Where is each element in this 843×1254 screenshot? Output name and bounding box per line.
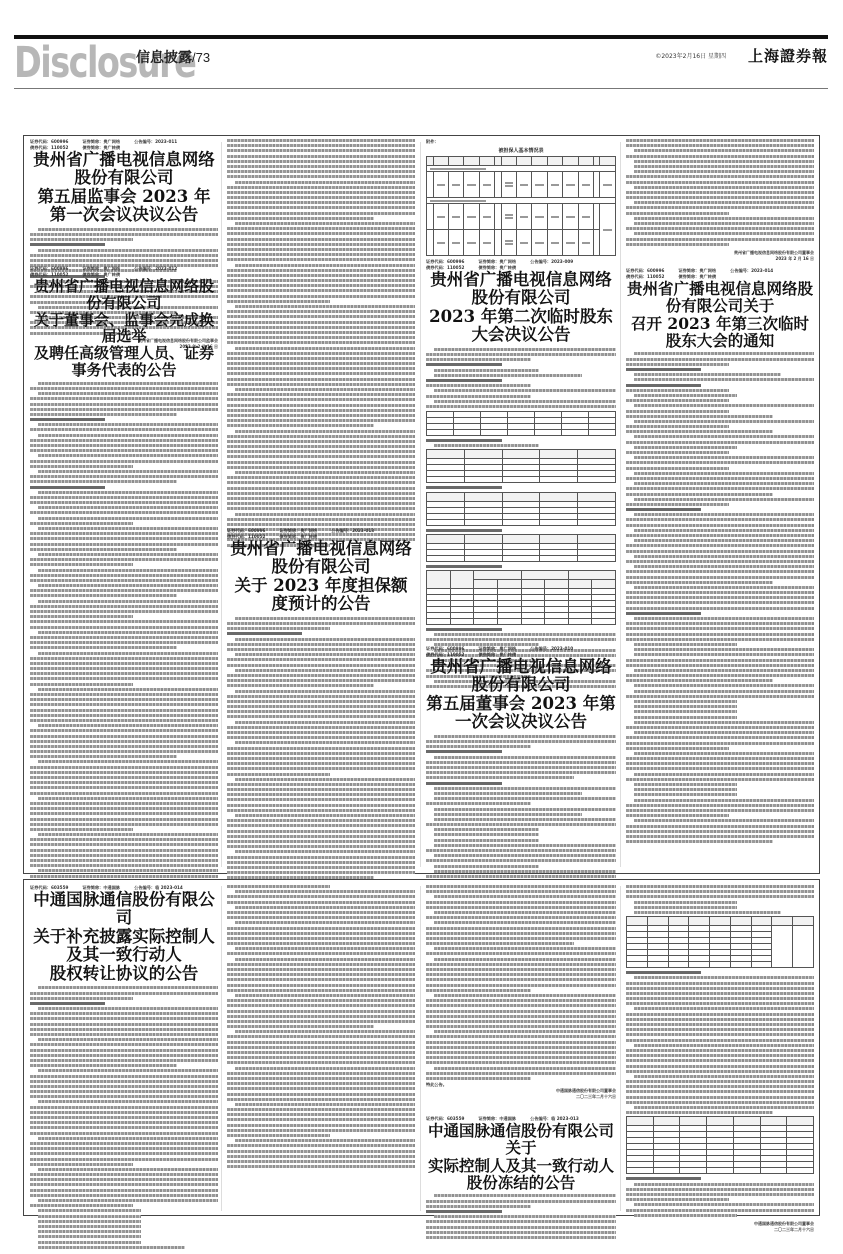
notice-number: 公告编号：2023-012 xyxy=(134,266,177,272)
article-equity-transfer-cont xyxy=(227,885,415,1170)
guarantee-table xyxy=(426,156,616,256)
article-body xyxy=(426,439,616,447)
article-title: 中通国脉通信股份有限公司 关于补充披露实际控制人及其一致行动人 股权转让协议的公… xyxy=(30,891,218,983)
notice-number: 公告编号：2023-014 xyxy=(730,268,773,274)
dateline: ©2023年2月16日 星期四 xyxy=(655,51,726,60)
page-number: /73 xyxy=(192,50,210,65)
notice-number: 公告编号：2023-011 xyxy=(134,139,177,145)
article-body xyxy=(426,348,616,408)
article-body xyxy=(626,885,814,914)
article-share-freeze-cont: 中通国脉通信股份有限公司董事会 二〇二三年二月十六日 xyxy=(626,885,814,1233)
announcement-box-ztgm: 证券代码：603559证券简称：中通国脉公告编号：临 2023-014 中通国脉… xyxy=(23,879,820,1216)
notice-number: 公告编号：2023-010 xyxy=(530,646,573,652)
announcement-box-gdgd: 证券代码：600996证券简称：贵广网络公告编号：2023-011 债券代码：1… xyxy=(23,135,820,874)
article-title: 贵州省广播电视信息网络股份有限公司 第五届董事会 2023 年第一次会议决议公告 xyxy=(426,658,616,732)
vote-results-table xyxy=(426,492,616,526)
article-body xyxy=(227,885,415,1168)
article-signoff: 贵州省广播电视信息网络股份有限公司董事会 2023 年 2 月 16 日 xyxy=(626,250,814,262)
article-share-freeze: 证券代码：603559证券简称：中通国脉公告编号：临 2023-013 中通国脉… xyxy=(426,1116,616,1241)
article-body xyxy=(426,885,616,1080)
article-body xyxy=(426,1194,616,1239)
article-egm-notice-continuation: 贵州省广播电视信息网络股份有限公司董事会 2023 年 2 月 16 日 xyxy=(626,139,814,262)
article-egm-notice: 证券代码：600996证券简称：贵广网络公告编号：2023-014 债券代码：1… xyxy=(626,268,814,845)
title-line: 第五届监事会 2023 年第一次会议决议公告 xyxy=(30,188,218,225)
masthead: Disclosure 信息披露/73 ©2023年2月16日 星期四 上海證券報 xyxy=(14,41,828,87)
section-name: 信息披露 xyxy=(136,50,192,66)
article-egm-resolution: 附件： 被担保人基本情况表 证券代码：600996证券简称：贵广网络公告编号：2… xyxy=(426,139,616,690)
article-body xyxy=(626,971,814,1114)
vote-results-table xyxy=(426,534,616,562)
vote-results-table xyxy=(426,570,616,625)
column-divider xyxy=(221,142,222,867)
column-divider xyxy=(620,886,621,1211)
article-title: 贵州省广播电视信息网络股份有限公司 第五届监事会 2023 年第一次会议决议公告 xyxy=(30,151,218,225)
article-body xyxy=(626,1177,814,1216)
article-signoff: 中通国脉通信股份有限公司董事会 二〇二三年二月十六日 xyxy=(626,1221,814,1233)
column-divider xyxy=(420,886,421,1211)
article-body xyxy=(426,565,616,568)
title-line: 贵州省广播电视信息网络股份有限公司 xyxy=(30,151,218,188)
attachment-label: 附件： xyxy=(426,139,616,145)
article-title: 贵州省广播电视信息网络股份有限公司 关于 2023 年度担保额度预计的公告 xyxy=(227,540,415,614)
article-title: 中通国脉通信股份有限公司关于 实际控制人及其一致行动人股份冻结的公告 xyxy=(426,1122,616,1191)
column-divider xyxy=(221,886,222,1211)
article-body xyxy=(426,529,616,532)
notice-number: 公告编号：2023-013 xyxy=(331,528,374,534)
masthead-rule xyxy=(14,88,828,89)
article-body xyxy=(626,352,814,843)
article-equity-transfer-cont-2: 特此公告。 中通国脉通信股份有限公司董事会 二〇二三年二月十六日 xyxy=(426,885,616,1100)
article-body xyxy=(626,139,814,246)
vote-results-table xyxy=(426,411,616,436)
column-divider xyxy=(620,142,621,867)
section-title-cn: 信息披露/73 xyxy=(136,47,210,67)
article-signoff: 中通国脉通信股份有限公司董事会 二〇二三年二月十六日 xyxy=(426,1088,616,1100)
article-body xyxy=(30,986,218,1248)
article-body xyxy=(227,139,415,547)
article-continuation xyxy=(227,139,415,549)
table-title: 被担保人基本情况表 xyxy=(426,147,616,154)
article-body xyxy=(426,486,616,489)
article-title: 贵州省广播电视信息网络股份有限公司 关于董事会、监事会完成换届选举 及聘任高级管… xyxy=(30,278,218,379)
freeze-table-1 xyxy=(626,916,814,968)
article-title: 贵州省广播电视信息网络股份有限公司关于 召开 2023 年第三次临时股东大会的通… xyxy=(626,280,814,349)
article-title: 贵州省广播电视信息网络股份有限公司 2023 年第二次临时股东大会决议公告 xyxy=(426,271,616,345)
notice-number: 公告编号：2023-009 xyxy=(530,259,573,265)
freeze-table-2 xyxy=(626,1116,814,1174)
column-divider xyxy=(420,142,421,867)
article-equity-transfer: 证券代码：603559证券简称：中通国脉公告编号：临 2023-014 中通国脉… xyxy=(30,885,218,1251)
newspaper-logo: 上海證券報 xyxy=(748,45,828,66)
vote-results-table xyxy=(426,449,616,483)
